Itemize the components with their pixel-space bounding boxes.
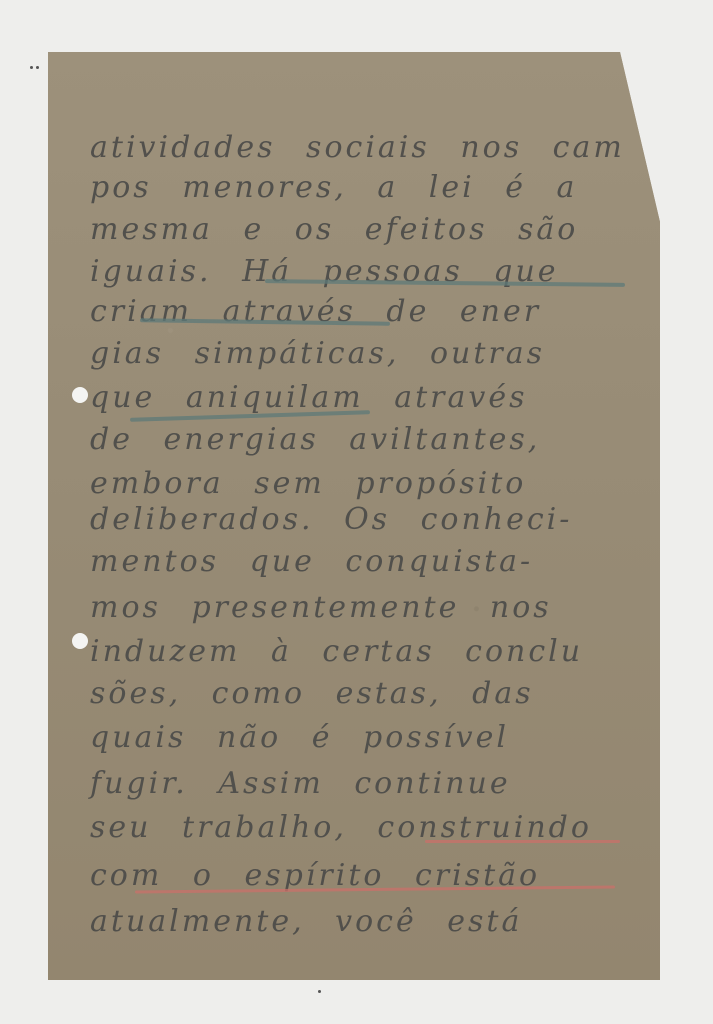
text-line: sões, como estas, das	[90, 674, 650, 714]
text-line: mos presentemente nos	[90, 588, 650, 628]
scan-speck	[30, 66, 33, 69]
text-line: mesma e os efeitos são	[90, 210, 650, 250]
text-line: que aniquilam através	[90, 378, 650, 418]
text-line: gias simpáticas, outras	[90, 334, 650, 374]
text-line: fugir. Assim continue	[90, 764, 650, 804]
text-line: induzem à certas conclu	[90, 632, 650, 672]
text-line: criam através de ener	[90, 292, 650, 332]
punch-hole-lower	[72, 633, 88, 649]
text-line: de energias aviltantes,	[90, 420, 650, 460]
text-line: atividades sociais nos cam	[90, 128, 650, 168]
text-line: atualmente, você está	[90, 902, 650, 942]
scan-speck	[318, 990, 321, 993]
text-line: pos menores, a lei é a	[90, 168, 650, 208]
text-line: mentos que conquista-	[90, 542, 650, 582]
red-underline-construindo	[425, 840, 620, 843]
text-line: embora sem propósito	[90, 464, 650, 504]
punch-hole-upper	[72, 387, 88, 403]
text-line: deliberados. Os conheci-	[90, 500, 650, 540]
text-line: quais não é possível	[90, 718, 650, 758]
scan-speck	[36, 66, 39, 69]
